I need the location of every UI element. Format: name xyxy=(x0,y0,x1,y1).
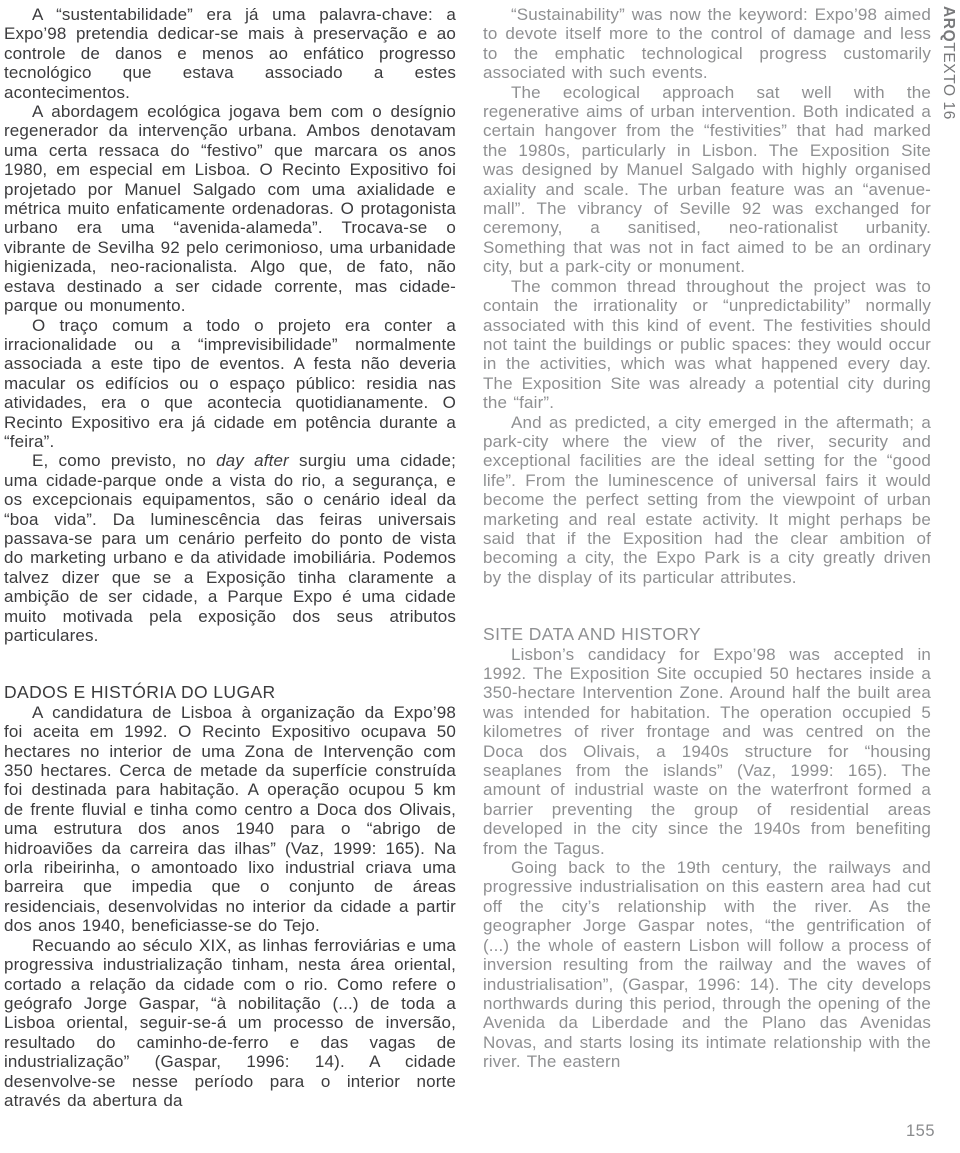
portuguese-column: A “sustentabilidade” era já uma palavra-… xyxy=(4,5,456,1110)
text-run: And as predicted, a city emerged in the … xyxy=(483,413,931,587)
paragraph: The common thread throughout the project… xyxy=(483,277,931,413)
text-run: A candidatura de Lisboa à organização da… xyxy=(4,703,456,935)
english-column: “Sustainability” was now the keyword: Ex… xyxy=(483,5,931,1072)
paragraph: The ecological approach sat well with th… xyxy=(483,83,931,277)
text-run: A abordagem ecológica jogava bem com o d… xyxy=(4,102,456,315)
text-run: “Sustainability” was now the keyword: Ex… xyxy=(483,5,931,82)
text-run: surgiu uma cidade; uma cidade-parque ond… xyxy=(4,451,456,645)
section-heading: DADOS E HISTÓRIA DO LUGAR xyxy=(4,683,456,702)
paragraph: Lisbon’s candidacy for Expo’98 was accep… xyxy=(483,645,931,858)
paragraph: E, como previsto, no day after surgiu um… xyxy=(4,451,456,645)
paragraph: A “sustentabilidade” era já uma palavra-… xyxy=(4,5,456,102)
paragraph: “Sustainability” was now the keyword: Ex… xyxy=(483,5,931,83)
paragraph: Going back to the 19th century, the rail… xyxy=(483,858,931,1071)
text-run: Recuando ao século XIX, as linhas ferrov… xyxy=(4,936,456,1110)
paragraph: O traço comum a todo o projeto era conte… xyxy=(4,316,456,452)
text-run: A “sustentabilidade” era já uma palavra-… xyxy=(4,5,456,102)
text-run: The ecological approach sat well with th… xyxy=(483,83,931,277)
text-run: O traço comum a todo o projeto era conte… xyxy=(4,316,456,451)
page-number: 155 xyxy=(906,1122,935,1141)
paragraph: And as predicted, a city emerged in the … xyxy=(483,413,931,588)
paragraph: Recuando ao século XIX, as linhas ferrov… xyxy=(4,936,456,1111)
text-run: E, como previsto, no xyxy=(32,451,216,470)
paragraph: A candidatura de Lisboa à organização da… xyxy=(4,703,456,936)
text-run: The common thread throughout the project… xyxy=(483,277,931,412)
text-run: day after xyxy=(216,451,289,470)
document-page: A “sustentabilidade” era já uma palavra-… xyxy=(0,0,960,1153)
journal-marker: ARQTEXTO 16 xyxy=(939,6,957,120)
text-run: Lisbon’s candidacy for Expo’98 was accep… xyxy=(483,645,931,858)
text-run: Going back to the 19th century, the rail… xyxy=(483,858,931,1071)
section-heading: SITE DATA AND HISTORY xyxy=(483,625,931,644)
journal-marker-bold: ARQ xyxy=(940,6,957,42)
journal-marker-rest: TEXTO 16 xyxy=(940,42,957,120)
paragraph: A abordagem ecológica jogava bem com o d… xyxy=(4,102,456,315)
